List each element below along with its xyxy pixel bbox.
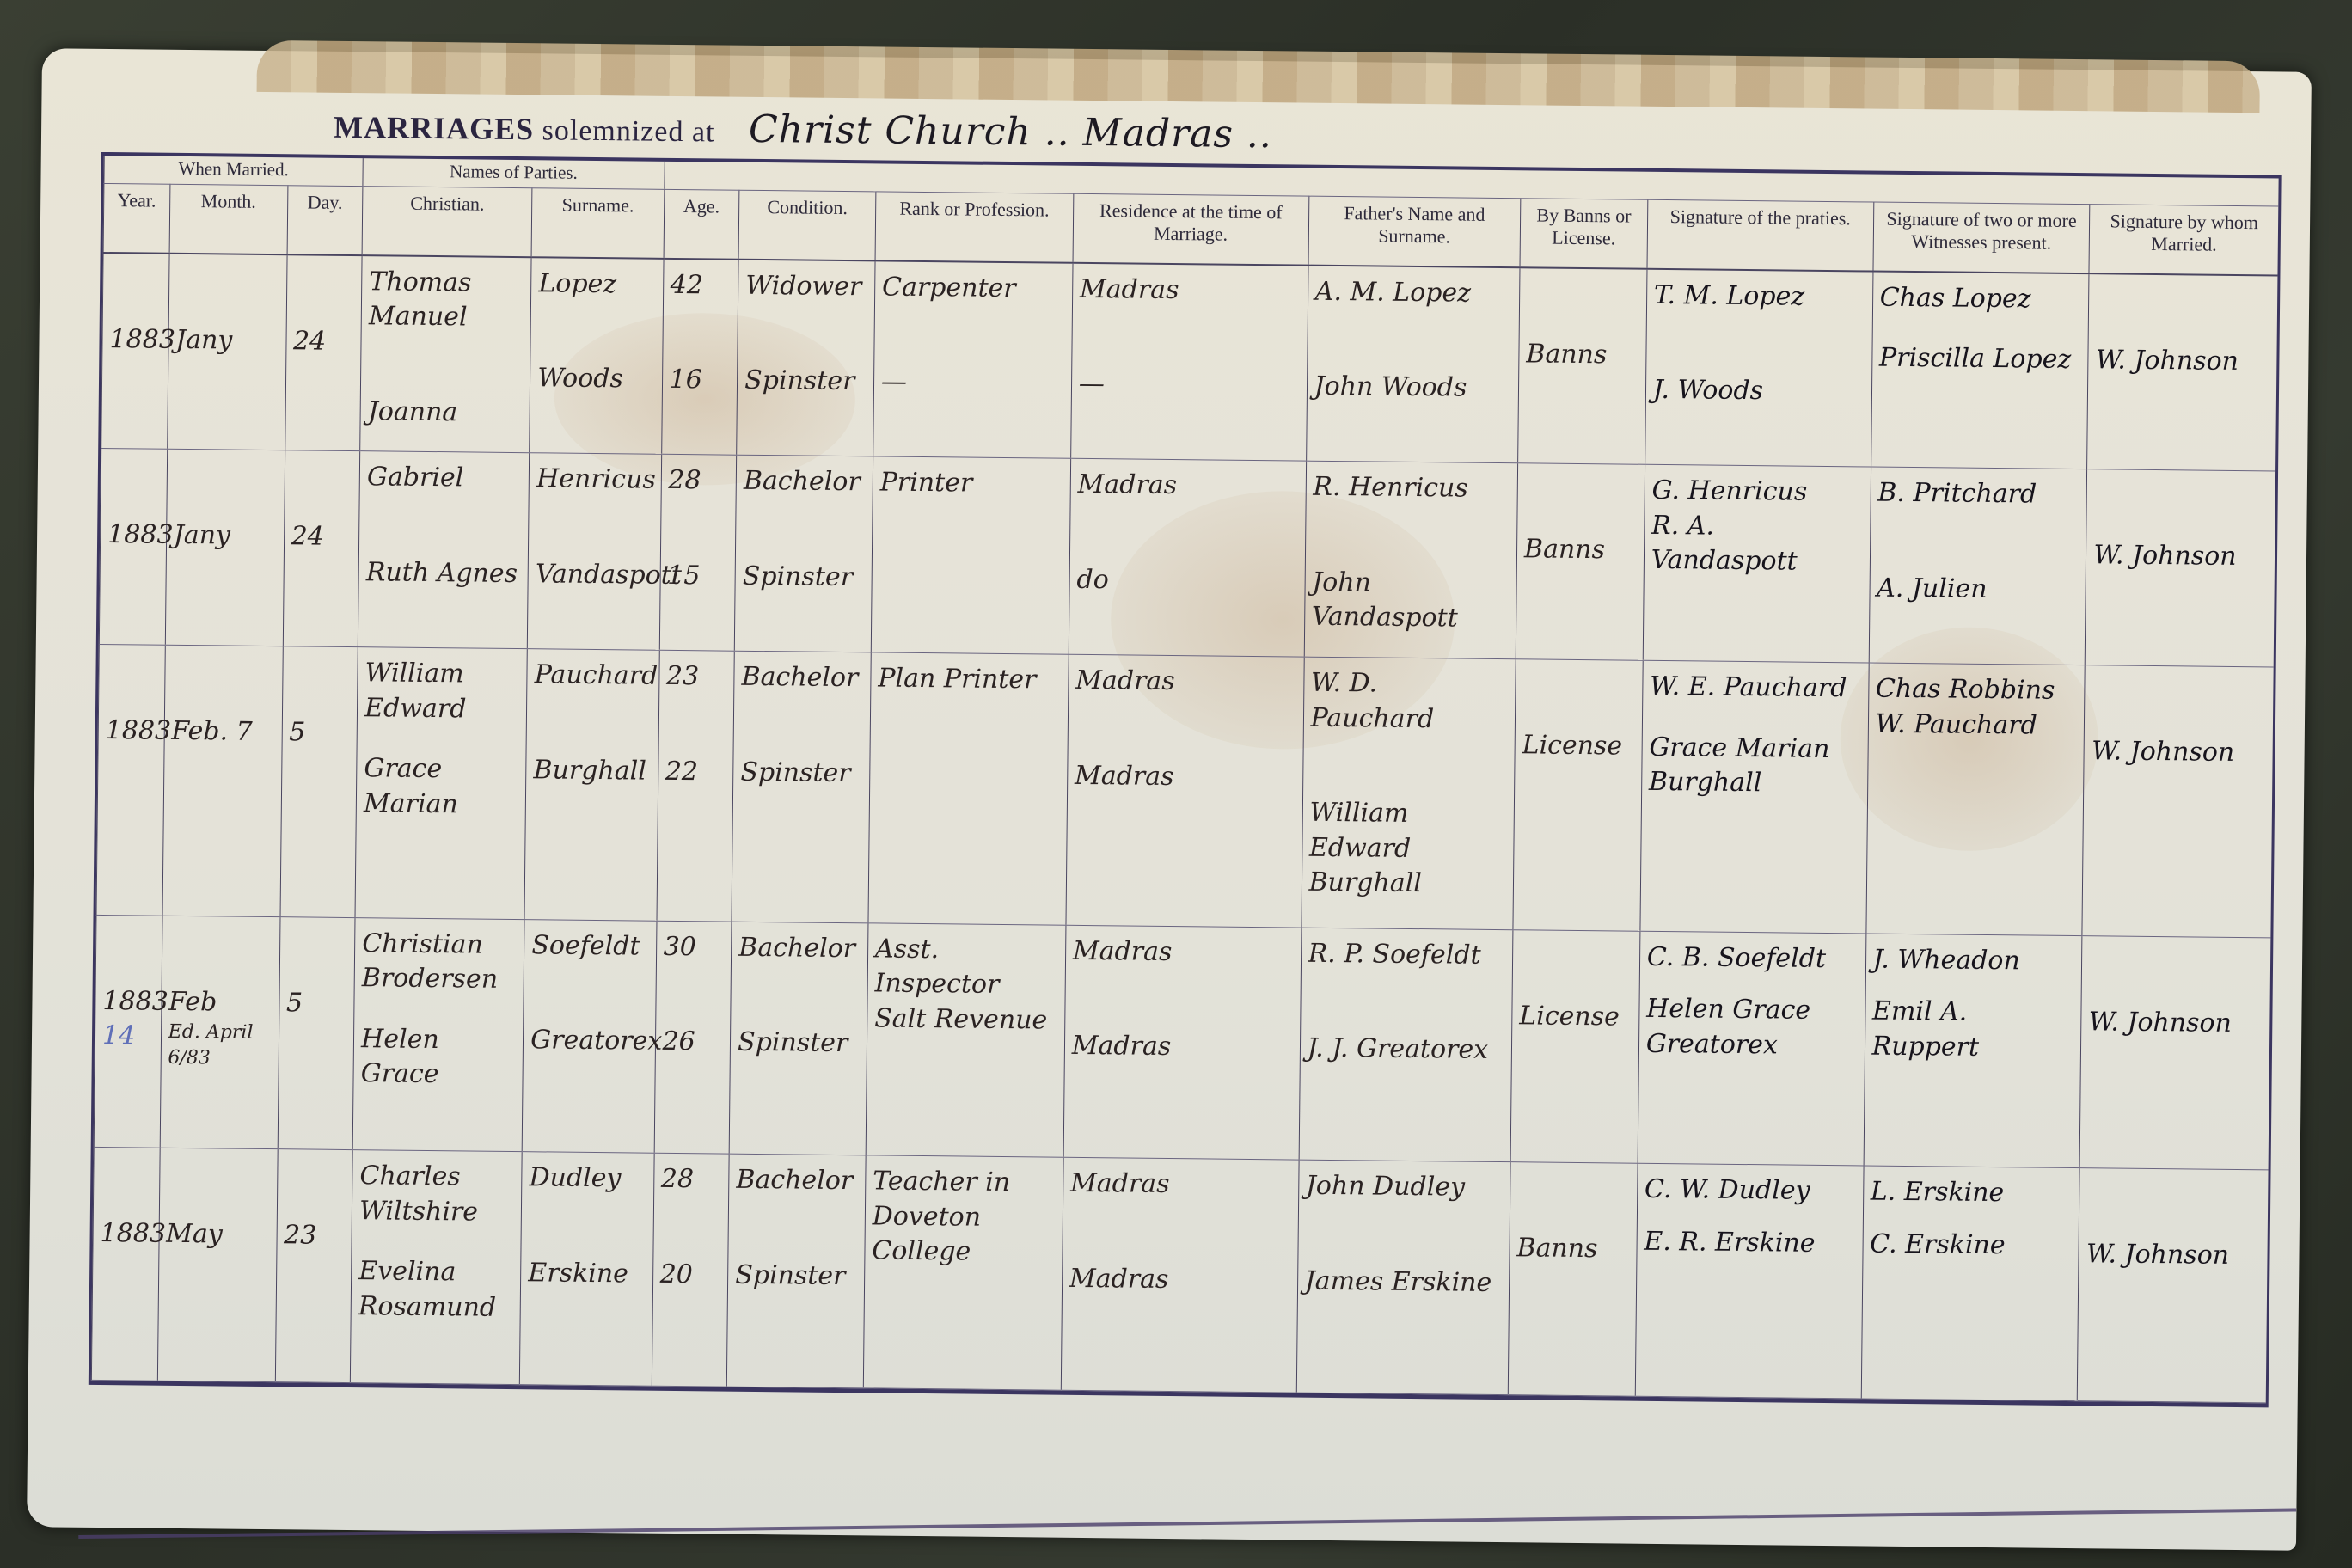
bride-father: J. J. Greatorex xyxy=(1307,1032,1504,1069)
bride-condition: Spinster xyxy=(744,364,867,400)
witness-2: W. Pauchard xyxy=(1875,707,2077,744)
witness-2: Emil A. Ruppert xyxy=(1871,995,2074,1066)
bride-surname: Woods xyxy=(537,361,655,397)
bride-age: 26 xyxy=(662,1025,723,1060)
page-heading: MARRIAGES solemnized at Christ Church ..… xyxy=(334,103,1272,156)
signature-bride: E. R. Erskine xyxy=(1644,1225,1855,1262)
bride-christian: Helen Grace xyxy=(361,1022,517,1093)
bride-surname: Vandaspott xyxy=(536,557,653,593)
groom-residence: Madras xyxy=(1077,468,1298,505)
col-residence: Residence at the time of Marriage. xyxy=(1073,193,1309,265)
register-entry: 188314 FebEd. April 6/83 5 Christian Bro… xyxy=(94,915,2270,1170)
bride-rank xyxy=(879,560,1062,597)
groom-father: A. M. Lopez xyxy=(1315,274,1513,311)
header-names-of-parties: Names of Parties. xyxy=(363,158,665,189)
signature-bride: J. Woods xyxy=(1653,373,1865,410)
bride-rank xyxy=(873,1097,1057,1133)
witness-1: Chas Lopez xyxy=(1879,280,2081,317)
heading-place: Christ Church .. Madras .. xyxy=(749,107,1272,156)
witness-1: L. Erskine xyxy=(1871,1175,2073,1212)
witness-2: A. Julien xyxy=(1877,571,2079,608)
entry-month: Feb. 7 xyxy=(171,716,253,747)
witness-1: Chas Robbins xyxy=(1876,672,2078,709)
entry-year: 1883 xyxy=(100,1218,166,1249)
witness-1: B. Pritchard xyxy=(1877,476,2079,513)
witness-1: J. Wheadon xyxy=(1872,942,2074,979)
register-entry: 1883 Feb. 7 5 William EdwardGrace Marian… xyxy=(96,645,2274,938)
bride-christian: Ruth Agnes xyxy=(366,555,522,591)
signature-groom: C. B. Soefeldt xyxy=(1647,940,1859,977)
signature-bride: Helen Grace Greatorex xyxy=(1646,992,1859,1064)
bride-residence: Madras xyxy=(1069,1262,1290,1299)
bride-surname: Burghall xyxy=(533,753,651,789)
bride-christian: Joanna xyxy=(368,395,524,431)
groom-age: 23 xyxy=(666,659,727,695)
col-day: Day. xyxy=(287,186,363,255)
groom-rank: Asst. Inspector Salt Revenue xyxy=(874,932,1058,1038)
entry-month: May xyxy=(166,1219,223,1250)
groom-surname: Henricus xyxy=(536,462,654,499)
bride-rank xyxy=(877,756,1060,793)
groom-condition: Bachelor xyxy=(744,464,866,500)
groom-rank: Plan Printer xyxy=(878,662,1061,699)
banns-or-license: Banns xyxy=(1524,535,1605,566)
entry-day: 24 xyxy=(293,326,327,356)
groom-condition: Bachelor xyxy=(738,930,861,966)
marriage-register-table: When Married. Names of Parties. Year. Mo… xyxy=(89,152,2282,1407)
groom-surname: Dudley xyxy=(529,1161,646,1197)
bride-residence: Madras xyxy=(1072,1029,1293,1066)
entry-year: 1883 xyxy=(106,715,172,746)
bride-christian: Evelina Rosamund xyxy=(358,1254,514,1326)
torn-top-edge xyxy=(257,40,2261,113)
banns-or-license: License xyxy=(1522,730,1622,761)
bride-age: 15 xyxy=(667,559,728,594)
entry-year: 1883 xyxy=(109,324,175,355)
groom-residence: Madras xyxy=(1075,664,1296,701)
groom-condition: Bachelor xyxy=(736,1163,858,1199)
groom-age: 42 xyxy=(671,267,732,303)
col-sig-parties: Signature of the praties. xyxy=(1647,199,1874,271)
entry-day: 5 xyxy=(289,717,305,747)
banns-or-license: License xyxy=(1519,1001,1620,1032)
groom-christian: Christian Brodersen xyxy=(362,927,518,998)
bride-father: James Erskine xyxy=(1304,1264,1502,1301)
page-fold-line xyxy=(78,1509,2296,1540)
groom-christian: Thomas Manuel xyxy=(369,265,524,336)
col-rank: Rank or Profession. xyxy=(875,192,1074,262)
col-month: Month. xyxy=(169,184,288,254)
col-married-by: Signature by whom Married. xyxy=(2089,205,2278,275)
groom-age: 30 xyxy=(663,930,724,965)
entry-year: 1883 xyxy=(107,519,174,550)
entry-month: Jany xyxy=(175,324,233,355)
col-witnesses: Signature of two or more Witnesses prese… xyxy=(1873,202,2091,273)
bride-father: John Woods xyxy=(1314,370,1511,407)
groom-rank: Carpenter xyxy=(882,270,1065,307)
col-father: Father's Name and Surname. xyxy=(1308,196,1521,267)
bride-father: John Vandaspott xyxy=(1312,566,1510,637)
groom-surname: Pauchard xyxy=(534,658,652,694)
col-christian: Christian. xyxy=(362,187,532,257)
heading-marriages: MARRIAGES xyxy=(334,110,534,146)
groom-surname: Soefeldt xyxy=(531,928,649,965)
entry-day: 24 xyxy=(291,522,324,552)
bride-age: 16 xyxy=(669,363,730,398)
margin-note-date: Ed. April 6/83 xyxy=(168,1020,271,1072)
groom-condition: Bachelor xyxy=(741,660,863,696)
register-entry: 1883 Jany 24 Thomas ManuelJoanna LopezWo… xyxy=(101,252,2278,471)
signature-groom: T. M. Lopez xyxy=(1654,278,1865,315)
bride-age: 20 xyxy=(659,1258,720,1293)
officiant-signature: W. Johnson xyxy=(2096,343,2270,380)
bride-christian: Grace Marian xyxy=(364,751,519,823)
signature-bride: Grace Marian Burghall xyxy=(1649,730,1861,802)
groom-residence: Madras xyxy=(1073,934,1294,971)
bride-father: William Edward Burghall xyxy=(1308,796,1507,903)
bride-age: 22 xyxy=(665,754,726,789)
col-condition: Condition. xyxy=(738,190,876,260)
groom-father: John Dudley xyxy=(1306,1169,1504,1206)
officiant-signature: W. Johnson xyxy=(2092,734,2266,771)
groom-christian: Charles Wiltshire xyxy=(359,1159,515,1230)
bride-condition: Spinster xyxy=(735,1259,857,1295)
groom-father: R. P. Soefeldt xyxy=(1308,936,1505,973)
groom-age: 28 xyxy=(668,463,729,499)
bride-rank: — xyxy=(881,364,1064,401)
bride-surname: Greatorex xyxy=(530,1023,648,1059)
groom-christian: Gabriel xyxy=(367,461,523,497)
entry-month: Jany xyxy=(174,520,231,551)
col-surname: Surname. xyxy=(531,188,664,259)
officiant-signature: W. Johnson xyxy=(2093,539,2268,576)
entry-year: 1883 xyxy=(102,986,168,1017)
register-page: MARRIAGES solemnized at Christ Church ..… xyxy=(27,48,2312,1551)
bride-condition: Spinster xyxy=(740,755,862,791)
banns-or-license: Banns xyxy=(1526,339,1607,370)
bride-condition: Spinster xyxy=(743,560,865,596)
bride-residence: Madras xyxy=(1075,758,1295,795)
groom-residence: Madras xyxy=(1080,272,1301,309)
signature-groom: G. Henricus xyxy=(1651,474,1863,511)
signature-groom: C. W. Dudley xyxy=(1645,1173,1856,1210)
register-entry: 1883 Jany 24 GabrielRuth Agnes HenricusV… xyxy=(99,449,2275,667)
groom-rank: Printer xyxy=(879,466,1063,503)
groom-surname: Lopez xyxy=(538,266,656,303)
groom-rank: Teacher in Doveton College xyxy=(872,1165,1056,1271)
margin-note-number: 14 xyxy=(102,1019,154,1054)
register-entry: 1883 May 23 Charles WiltshireEvelina Ros… xyxy=(91,1148,2268,1403)
bride-rank xyxy=(871,1329,1054,1365)
officiant-signature: W. Johnson xyxy=(2086,1238,2261,1275)
groom-age: 28 xyxy=(661,1162,722,1197)
groom-condition: Widower xyxy=(745,268,867,304)
col-year: Year. xyxy=(103,183,169,253)
signature-bride: R. A. Vandaspott xyxy=(1651,509,1863,581)
col-banns: By Banns or License. xyxy=(1520,199,1648,269)
bride-residence: — xyxy=(1079,367,1300,404)
header-when-married: When Married. xyxy=(104,156,363,187)
banns-or-license: Banns xyxy=(1516,1234,1597,1265)
officiant-signature: W. Johnson xyxy=(2089,1005,2263,1042)
signature-groom: W. E. Pauchard xyxy=(1650,670,1861,707)
entry-month: Feb xyxy=(168,986,217,1017)
bride-condition: Spinster xyxy=(738,1026,860,1062)
groom-christian: William Edward xyxy=(364,656,520,727)
bride-surname: Erskine xyxy=(528,1256,646,1292)
groom-residence: Madras xyxy=(1070,1167,1291,1204)
col-age: Age. xyxy=(664,189,739,259)
groom-father: R. Henricus xyxy=(1313,470,1510,507)
heading-solemnized: solemnized at xyxy=(542,114,714,148)
entry-day: 23 xyxy=(284,1221,317,1251)
witness-2: C. Erskine xyxy=(1870,1227,2072,1264)
witness-2: Priscilla Lopez xyxy=(1879,341,2081,378)
bride-residence: do xyxy=(1076,563,1297,600)
entry-day: 5 xyxy=(286,988,303,1018)
groom-father: W. D. Pauchard xyxy=(1310,666,1508,738)
